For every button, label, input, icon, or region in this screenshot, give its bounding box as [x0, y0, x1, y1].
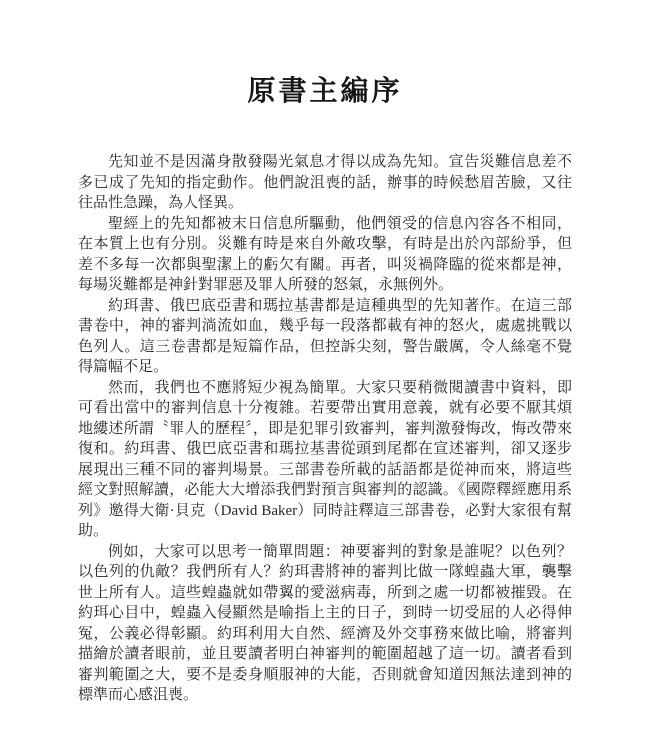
paragraph-5: 例如，大家可以思考一簡單問題：神要審判的對象是誰呢？以色列？以色列的仇敵？我們所… [78, 542, 572, 706]
document-page: 原書主編序 先知並不是因滿身散發陽光氣息才得以成為先知。宣告災難信息差不多已成了… [0, 0, 650, 750]
paragraph-2: 聖經上的先知都被末日信息所驅動，他們領受的信息內容各不相同，在本質上也有分別。災… [78, 214, 572, 296]
paragraph-3: 約珥書、俄巴底亞書和瑪拉基書都是這種典型的先知著作。在這三部書卷中，神的審判淌流… [78, 296, 572, 378]
paragraph-1: 先知並不是因滿身散發陽光氣息才得以成為先知。宣告災難信息差不多已成了先知的指定動… [78, 152, 572, 214]
paragraph-4: 然而，我們也不應將短少視為簡單。大家只要稍微閱讀書中資料，即可看出當中的審判信息… [78, 378, 572, 542]
document-body: 先知並不是因滿身散發陽光氣息才得以成為先知。宣告災難信息差不多已成了先知的指定動… [78, 152, 572, 706]
page-title: 原書主編序 [78, 72, 572, 110]
